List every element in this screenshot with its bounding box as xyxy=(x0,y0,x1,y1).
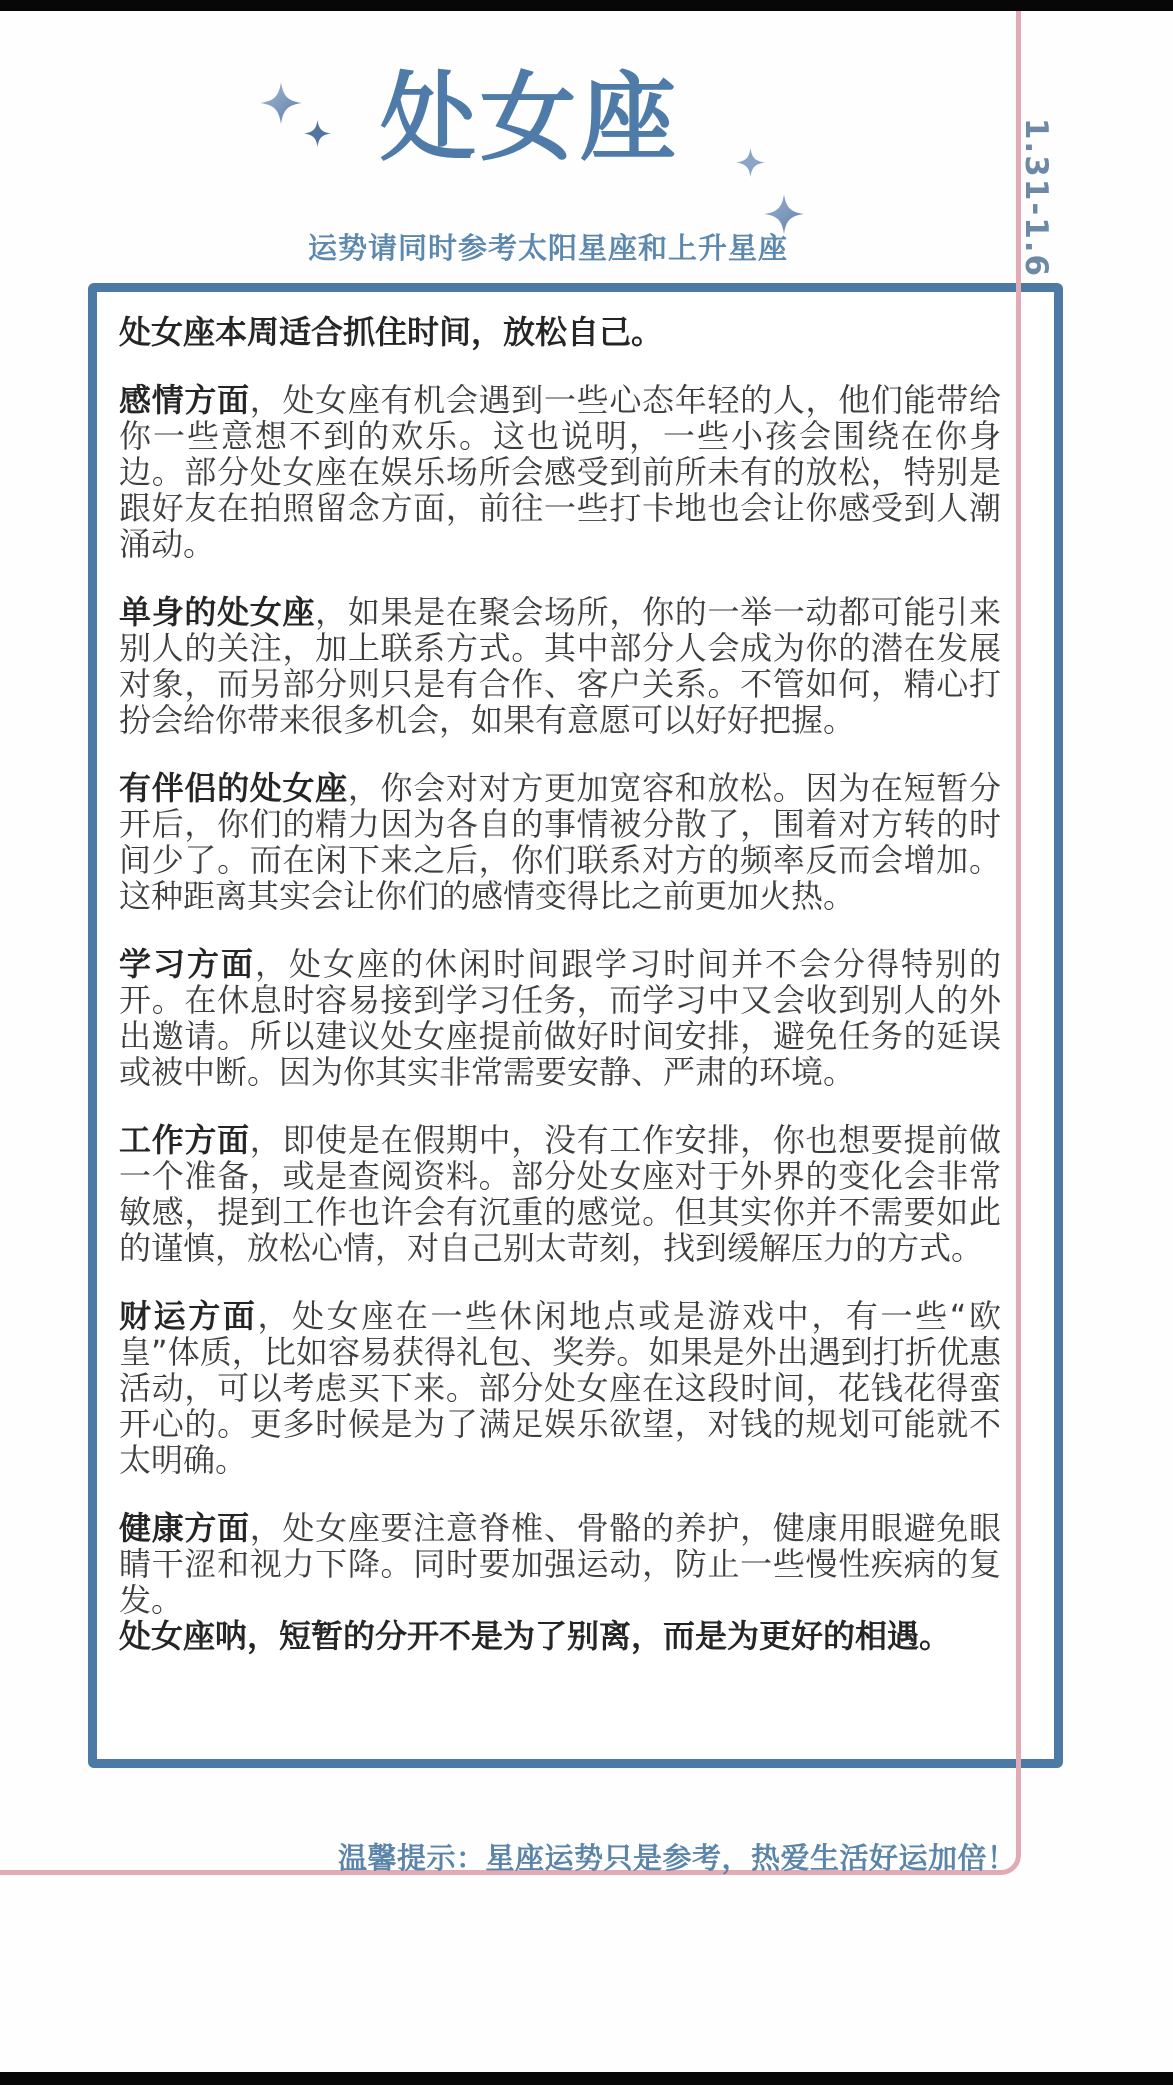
horoscope-section: 有伴侣的处女座，你会对对方更加宽容和放松。因为在短暂分开后，你们的精力因为各自的… xyxy=(119,770,1001,914)
page-title: 处女座 xyxy=(0,58,1060,178)
section-body: ，处女座要注意脊椎、骨骼的养护，健康用眼避免眼睛干涩和视力下降。同时要加强运动，… xyxy=(119,1509,1001,1619)
section-lead: 健康方面 xyxy=(119,1509,250,1547)
horoscope-section: 单身的处女座，如果是在聚会场所，你的一举一动都可能引来别人的关注，加上联系方式。… xyxy=(119,594,1001,738)
horoscope-section: 健康方面，处女座要注意脊椎、骨骼的养护，健康用眼避免眼睛干涩和视力下降。同时要加… xyxy=(119,1510,1001,1618)
horoscope-sections: 感情方面，处女座有机会遇到一些心态年轻的人，他们能带给你一些意想不到的欢乐。这也… xyxy=(119,382,1001,1618)
section-lead: 财运方面 xyxy=(119,1297,257,1335)
top-letterbox-bar xyxy=(0,0,1173,11)
horoscope-page: 1.31-1.6 处女座 运势请同时参考太阳星座和上升星座 处女座本周适合抓住时… xyxy=(0,0,1173,2085)
horoscope-text: 处女座本周适合抓住时间，放松自己。 感情方面，处女座有机会遇到一些心态年轻的人，… xyxy=(119,314,1001,1654)
section-lead: 感情方面 xyxy=(119,381,250,419)
section-lead: 工作方面 xyxy=(119,1121,250,1159)
section-lead: 学习方面 xyxy=(119,945,255,983)
section-body: ，处女座有机会遇到一些心态年轻的人，他们能带给你一些意想不到的欢乐。这也说明，一… xyxy=(119,381,1001,563)
section-lead: 有伴侣的处女座 xyxy=(119,769,348,807)
horoscope-section: 工作方面，即使是在假期中，没有工作安排，你也想要提前做一个准备，或是查阅资料。部… xyxy=(119,1122,1001,1266)
horoscope-card: 处女座本周适合抓住时间，放松自己。 感情方面，处女座有机会遇到一些心态年轻的人，… xyxy=(88,283,1063,1768)
date-range-label: 1.31-1.6 xyxy=(1018,118,1054,278)
intro-line: 处女座本周适合抓住时间，放松自己。 xyxy=(119,314,1001,350)
horoscope-section: 财运方面，处女座在一些休闲地点或是游戏中，有一些“欧皇”体质，比如容易获得礼包、… xyxy=(119,1298,1001,1478)
section-body: ，即使是在假期中，没有工作安排，你也想要提前做一个准备，或是查阅资料。部分处女座… xyxy=(119,1121,1001,1267)
section-lead: 单身的处女座 xyxy=(119,593,315,631)
horoscope-section: 学习方面，处女座的休闲时间跟学习时间并不会分得特别的开。在休息时容易接到学习任务… xyxy=(119,946,1001,1090)
bottom-letterbox-bar xyxy=(0,2072,1173,2085)
horoscope-section: 感情方面，处女座有机会遇到一些心态年轻的人，他们能带给你一些意想不到的欢乐。这也… xyxy=(119,382,1001,562)
page-subtitle: 运势请同时参考太阳星座和上升星座 xyxy=(0,226,1096,267)
footer-reminder: 温馨提示：星座运势只是参考，热爱生活好运加倍！ xyxy=(338,1836,1017,1877)
closing-line: 处女座呐，短暂的分开不是为了别离，而是为更好的相遇。 xyxy=(119,1618,1001,1654)
